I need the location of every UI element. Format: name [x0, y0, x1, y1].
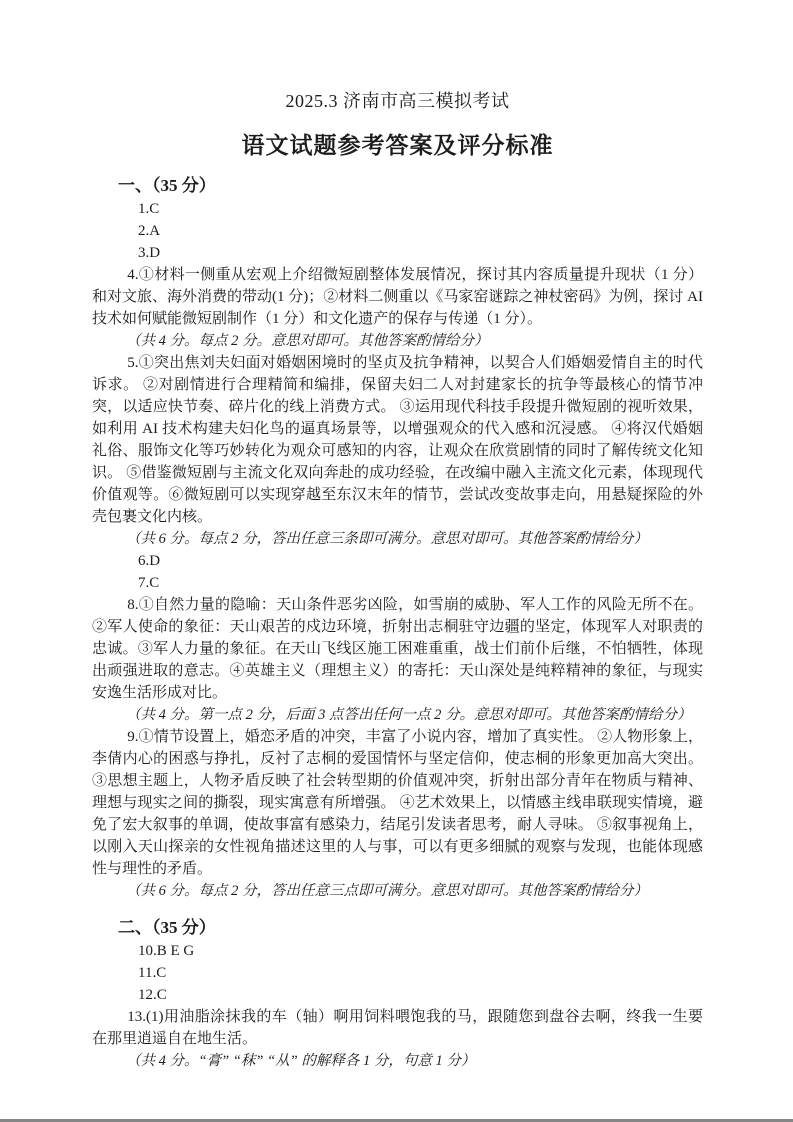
exam-title: 2025.3 济南市高三模拟考试 [92, 88, 703, 114]
answer-line: 10.B E G [92, 940, 703, 962]
answer-line: 1.C [92, 198, 703, 220]
answer-paragraph: 9.①情节设置上，婚恋矛盾的冲突，丰富了小说内容，增加了真实性。 ②人物形象上，… [92, 726, 703, 880]
answer-sections: 一、（35 分）1.C2.A3.D4.①材料一侧重从宏观上介绍微短剧整体发展情况… [92, 173, 703, 1072]
document-content: 2025.3 济南市高三模拟考试 语文试题参考答案及评分标准 一、（35 分）1… [0, 0, 793, 1072]
answer-paragraph: 4.①材料一侧重从宏观上介绍微短剧整体发展情况，探讨其内容质量提升现状（1 分）… [92, 264, 703, 330]
answer-paragraph: 13.(1)用油脂涂抹我的车（轴）啊用饲料喂饱我的马，跟随您到盘谷去啊，终我一生… [92, 1006, 703, 1050]
scoring-note: （共 4 分。“膏” “秣” “从” 的解释各 1 分，句意 1 分） [92, 1050, 703, 1072]
scoring-note: （共 4 分。每点 2 分。意思对即可。其他答案酌情给分） [92, 330, 703, 352]
answer-key-title: 语文试题参考答案及评分标准 [92, 130, 703, 160]
scoring-note: （共 4 分。第一点 2 分，后面 3 点答出任何一点 2 分。意思对即可。其他… [92, 704, 703, 726]
answer-line: 12.C [92, 984, 703, 1006]
answer-line: 6.D [92, 550, 703, 572]
section-heading: 一、（35 分） [92, 173, 703, 198]
answer-line: 7.C [92, 572, 703, 594]
answer-paragraph: 8.①自然力量的隐喻：天山条件恶劣凶险，如雪崩的威胁、军人工作的风险无所不在。②… [92, 594, 703, 704]
scoring-note: （共 6 分。每点 2 分，答出任意三点即可满分。意思对即可。其他答案酌情给分） [92, 880, 703, 902]
document-page: 2025.3 济南市高三模拟考试 语文试题参考答案及评分标准 一、（35 分）1… [0, 0, 793, 1122]
answer-paragraph: 5.①突出焦刘夫妇面对婚姻困境时的坚贞及抗争精神，以契合人们婚姻爱情自主的时代诉… [92, 352, 703, 528]
answer-line: 3.D [92, 242, 703, 264]
scoring-note: （共 6 分。每点 2 分，答出任意三条即可满分。意思对即可。其他答案酌情给分） [92, 528, 703, 550]
answer-line: 11.C [92, 962, 703, 984]
section-heading: 二、（35 分） [92, 915, 703, 940]
answer-line: 2.A [92, 220, 703, 242]
